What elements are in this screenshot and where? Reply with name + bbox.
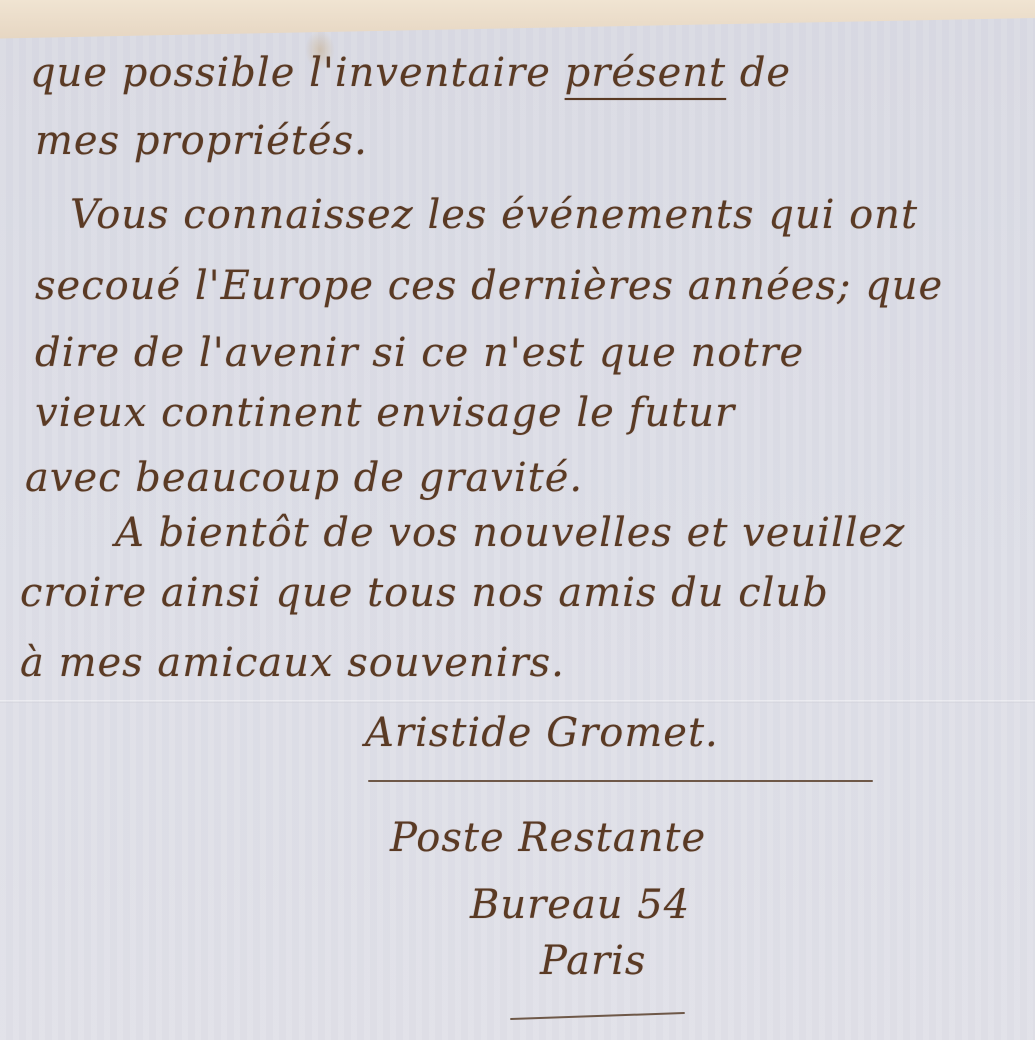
letter-line-5: dire de l'avenir si ce n'est que notre <box>35 330 804 376</box>
line-text: que possible l'inventaire <box>30 50 565 96</box>
letter-line-3: Vous connaissez les événements qui ont <box>70 192 918 238</box>
letter-line-7: avec beaucoup de gravité. <box>25 455 583 501</box>
letter-line-9: croire ainsi que tous nos amis du club <box>20 570 829 616</box>
address-line-2: Bureau 54 <box>470 882 690 928</box>
signature: Aristide Gromet. <box>365 710 719 756</box>
address-line-3: Paris <box>540 938 646 984</box>
letter-line-1: que possible l'inventaire présent de <box>30 50 791 96</box>
letter-line-4: secoué l'Europe ces dernières années; qu… <box>35 263 943 309</box>
letter-line-6: vieux continent envisage le futur <box>35 390 735 436</box>
address-line-1: Poste Restante <box>390 815 706 861</box>
paper-fold <box>0 700 1035 703</box>
letter-line-10: à mes amicaux souvenirs. <box>20 640 565 686</box>
letter-line-2: mes propriétés. <box>35 118 368 164</box>
signature-underline <box>368 780 873 782</box>
line-text: de <box>726 50 791 96</box>
letter-line-8: A bientôt de vos nouvelles et veuillez <box>115 510 905 556</box>
underlined-word: présent <box>565 50 726 96</box>
